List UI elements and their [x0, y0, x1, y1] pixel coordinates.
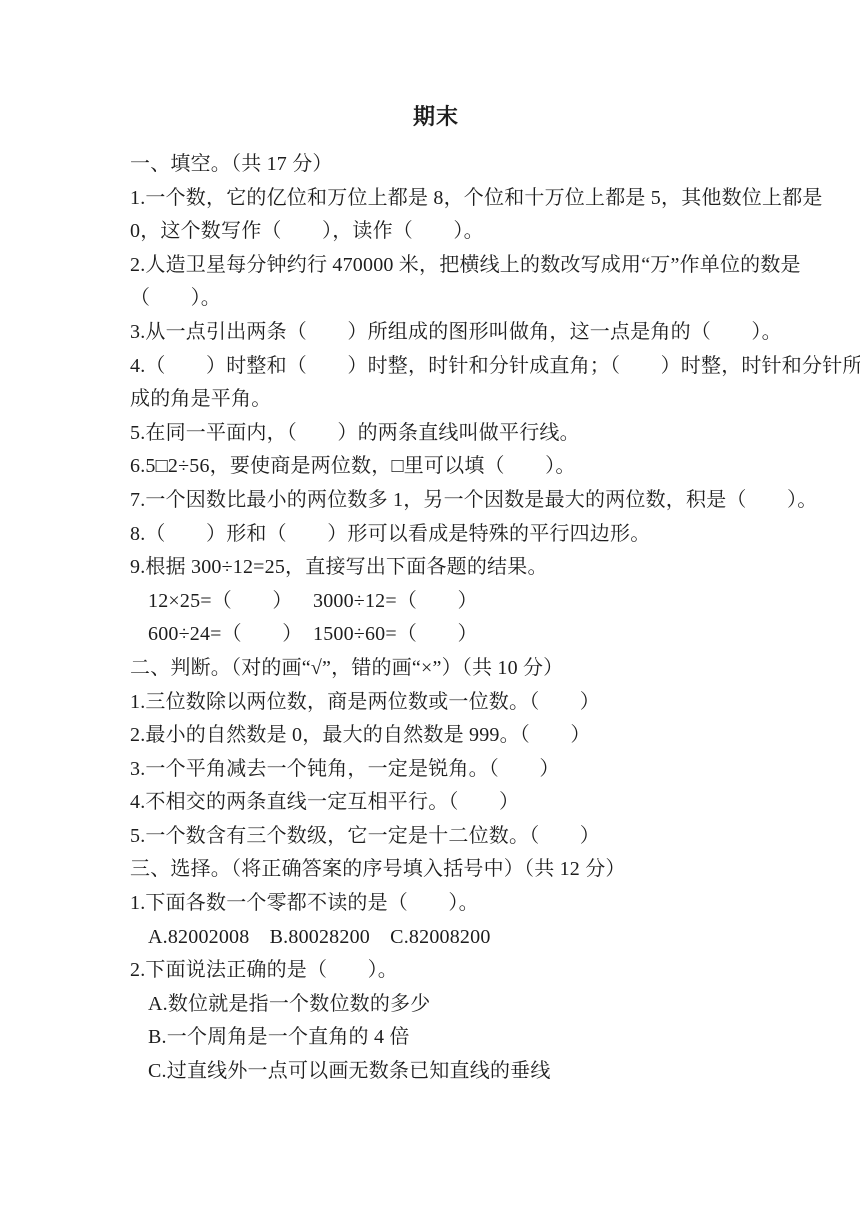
equation-blank: 12×25=（ ） — [148, 585, 313, 619]
question-line: 6.5□2÷56，要使商是两位数，□里可以填（ ）。 — [130, 450, 742, 484]
question-line: 4.不相交的两条直线一定互相平行。（ ） — [130, 786, 742, 820]
equation-blank: 600÷24=（ ） — [148, 618, 313, 652]
page-title: 期末 — [130, 104, 742, 148]
question-line: 1.三位数除以两位数，商是两位数或一位数。（ ） — [130, 686, 742, 720]
section-heading: 二、判断。（对的画“√”，错的画“×”）（共 10 分） — [130, 652, 742, 686]
question-line: 5.在同一平面内，（ ）的两条直线叫做平行线。 — [130, 417, 742, 451]
option-line: A.82002008 B.80028200 C.82008200 — [130, 921, 742, 955]
question-line: 3.一个平角减去一个钝角，一定是锐角。（ ） — [130, 753, 742, 787]
question-line: 2.人造卫星每分钟约行 470000 米，把横线上的数改写成用“万”作单位的数是 — [130, 249, 742, 283]
question-line: 2.下面说法正确的是（ ）。 — [130, 954, 742, 988]
document-body: 一、填空。（共 17 分）1.一个数，它的亿位和万位上都是 8，个位和十万位上都… — [130, 148, 742, 1089]
equation-row: 12×25=（ ）3000÷12=（ ） — [130, 585, 742, 619]
question-line: 7.一个因数比最小的两位数多 1，另一个因数是最大的两位数，积是（ ）。 — [130, 484, 742, 518]
section-heading: 三、选择。（将正确答案的序号填入括号中）（共 12 分） — [130, 853, 742, 887]
question-line: 9.根据 300÷12=25，直接写出下面各题的结果。 — [130, 551, 742, 585]
option-line: C.过直线外一点可以画无数条已知直线的垂线 — [130, 1055, 742, 1089]
equation-row: 600÷24=（ ）1500÷60=（ ） — [130, 618, 742, 652]
question-line: 3.从一点引出两条（ ）所组成的图形叫做角，这一点是角的（ ）。 — [130, 316, 742, 350]
equation-blank: 3000÷12=（ ） — [313, 590, 478, 612]
question-line: 4.（ ）时整和（ ）时整，时针和分针成直角；（ ）时整，时针和分针所 — [130, 350, 742, 384]
question-line: 8.（ ）形和（ ）形可以看成是特殊的平行四边形。 — [130, 518, 742, 552]
question-line: 1.下面各数一个零都不读的是（ ）。 — [130, 887, 742, 921]
equation-blank: 1500÷60=（ ） — [313, 623, 478, 645]
option-line: A.数位就是指一个数位数的多少 — [130, 988, 742, 1022]
exam-page: 期末 一、填空。（共 17 分）1.一个数，它的亿位和万位上都是 8，个位和十万… — [0, 0, 860, 1216]
question-line: 1.一个数，它的亿位和万位上都是 8，个位和十万位上都是 5，其他数位上都是 — [130, 182, 742, 216]
continuation-line: 成的角是平角。 — [130, 383, 742, 417]
option-line: B.一个周角是一个直角的 4 倍 — [130, 1021, 742, 1055]
continuation-line: （ ）。 — [130, 282, 742, 316]
section-heading: 一、填空。（共 17 分） — [130, 148, 742, 182]
question-line: 2.最小的自然数是 0，最大的自然数是 999。（ ） — [130, 719, 742, 753]
continuation-line: 0，这个数写作（ ），读作（ ）。 — [130, 215, 742, 249]
question-line: 5.一个数含有三个数级，它一定是十二位数。（ ） — [130, 820, 742, 854]
